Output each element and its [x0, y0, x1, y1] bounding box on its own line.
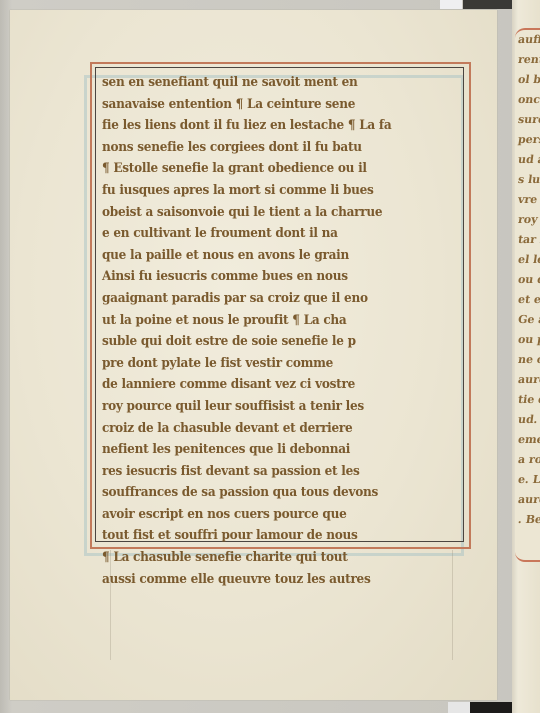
facing-text-line: ne ord [515, 350, 540, 370]
facing-text-line: ou de [515, 270, 540, 290]
text-line: que la paille et nous en avons le grain [102, 245, 439, 267]
text-line: tout fist et souffri pour lamour de nous [102, 525, 439, 547]
text-line: e en cultivant le froument dont il na [102, 223, 439, 245]
facing-text-line: . Be [515, 510, 540, 530]
facing-text-line: tar le [515, 230, 540, 250]
text-line: aussi comme elle queuvre touz les autres [102, 569, 439, 591]
text-line: souffrances de sa passion qua tous devon… [102, 482, 439, 504]
text-line: pre dont pylate le fist vestir comme [102, 353, 439, 375]
text-line: avoir escript en nos cuers pource que [102, 504, 439, 526]
facing-text-line: auronc [515, 370, 540, 390]
facing-text-line: ud. Ce [515, 410, 540, 430]
facing-text-line: s lun [515, 170, 540, 190]
text-line: de lanniere comme disant vez ci vostre [102, 374, 439, 396]
text-line: res iesucris fist devant sa passion et l… [102, 461, 439, 483]
text-line: fu iusques apres la mort si comme li bue… [102, 180, 439, 202]
text-line: ¶ Estolle senefie la grant obedience ou … [102, 158, 439, 180]
text-line: nefient les penitences que li debonnai [102, 439, 439, 461]
facing-text-line: e. La [515, 470, 540, 490]
facing-page-text: auffen rente ol belle onc le surem persa… [515, 28, 540, 562]
text-line: roy pource quil leur souffisist a tenir … [102, 396, 439, 418]
facing-text-line: persacc [515, 130, 540, 150]
scan-calibration-patch [463, 0, 513, 9]
facing-text-line: surem [515, 110, 540, 130]
facing-text-line: et en au [515, 290, 540, 310]
text-line: ut la poine et nous le proufit ¶ La cha [102, 310, 439, 332]
text-line: suble qui doit estre de soie senefie le … [102, 331, 439, 353]
facing-text-line: rente [515, 50, 540, 70]
facing-text-line: tie de [515, 390, 540, 410]
facing-text-line: emen [515, 430, 540, 450]
text-line: fie les liens dont il fu liez en lestach… [102, 115, 439, 137]
facing-text-line: roy [515, 210, 540, 230]
facing-text-line: auffen [515, 30, 540, 50]
facing-text-line: ol belle [515, 70, 540, 90]
facing-text-line: ou pou [515, 330, 540, 350]
facing-text-line: ud ab [515, 150, 540, 170]
text-line: gaaignant paradis par sa croiz que il en… [102, 288, 439, 310]
text-line: nons senefie les corgiees dont il fu bat… [102, 137, 439, 159]
scan-calibration-patch [440, 0, 462, 9]
text-line: sanavaise entention ¶ La ceinture sene [102, 94, 439, 116]
main-text-block: sen en senefiant quil ne savoit ment en … [102, 72, 464, 590]
text-line: obeist a saisonvoie qui le tient a la ch… [102, 202, 439, 224]
text-line: croiz de la chasuble devant et derriere [102, 418, 439, 440]
facing-text-line: el les [515, 250, 540, 270]
facing-text-line: Ge ar [515, 310, 540, 330]
scan-calibration-patch [448, 702, 470, 713]
text-line: sen en senefiant quil ne savoit ment en [102, 72, 439, 94]
facing-text-line: a roy [515, 450, 540, 470]
text-line: Ainsi fu iesucris comme bues en nous [102, 266, 439, 288]
facing-text-line: onc le [515, 90, 540, 110]
facing-text-line: vre C [515, 190, 540, 210]
scan-calibration-patch [470, 702, 512, 713]
text-line: ¶ La chasuble senefie charite qui tout [102, 547, 439, 569]
facing-text-line: aure ap [515, 490, 540, 510]
